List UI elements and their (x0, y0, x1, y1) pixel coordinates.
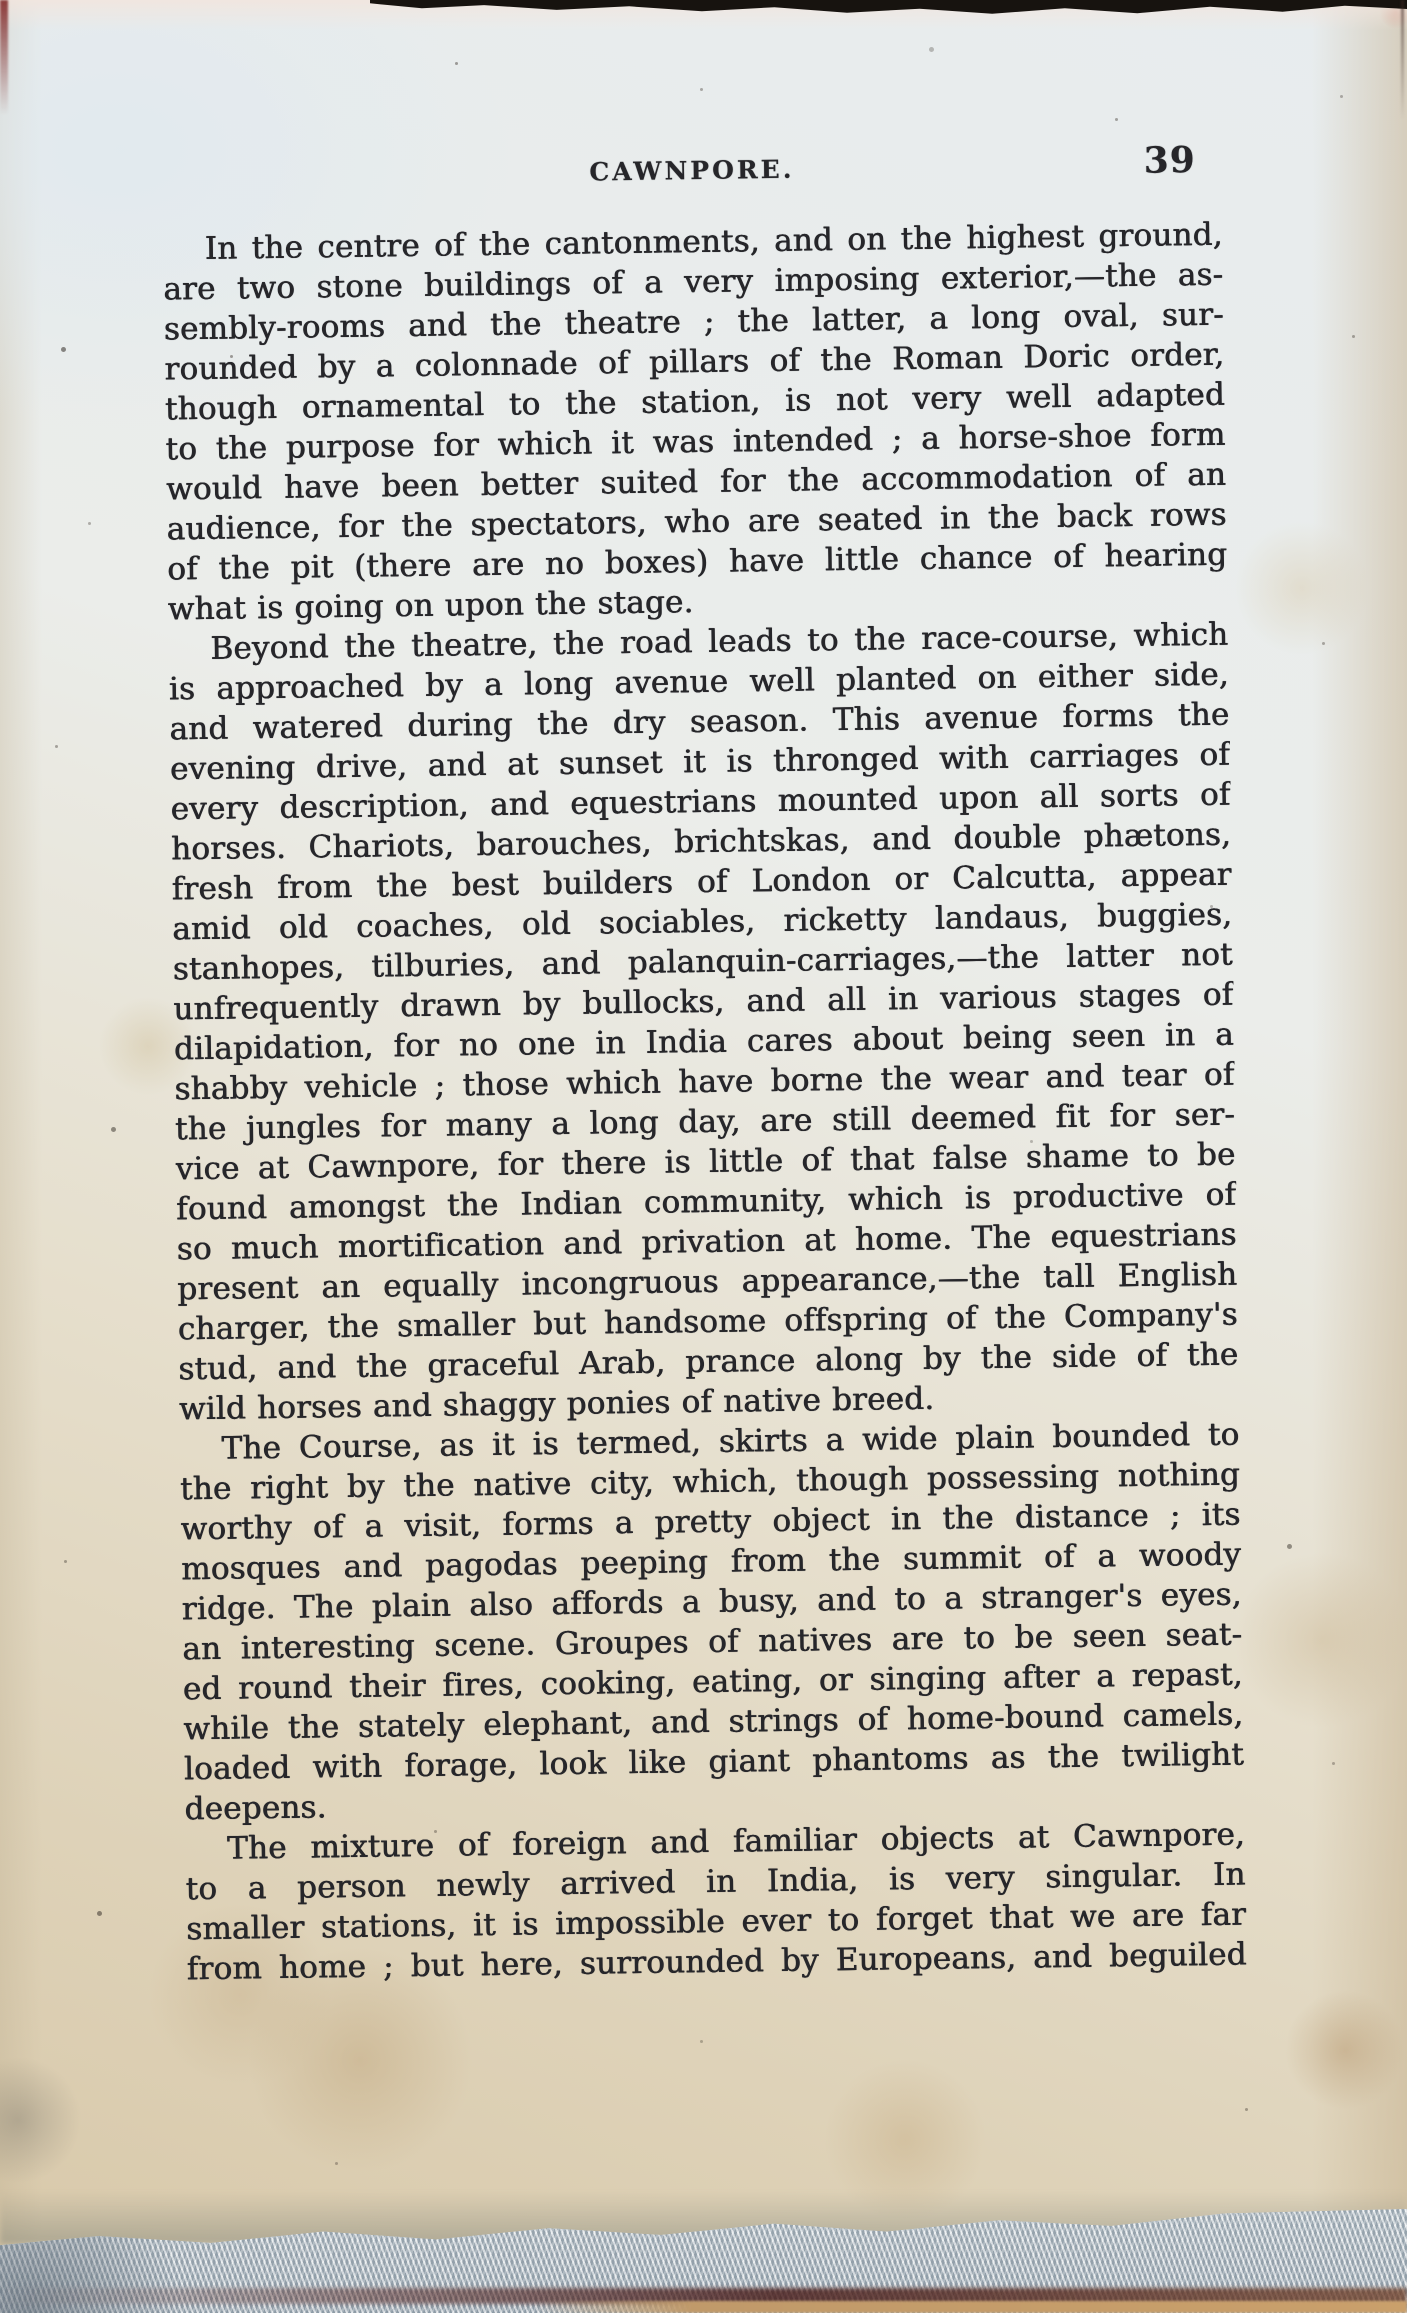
paragraph: The mixture of foreign and familiar obje… (185, 1815, 1247, 1990)
page-body-text: In the centre of the cantonments, and on… (163, 215, 1247, 1990)
running-header-title: CAWNPORE. (162, 151, 1222, 192)
scan-right-edge-mark (1401, 0, 1404, 120)
paragraph: The Course, as it is termed, skirts a wi… (179, 1415, 1244, 1830)
paragraph: Beyond the theatre, the road leads to th… (168, 615, 1239, 1430)
running-header: CAWNPORE. 39 (162, 151, 1222, 200)
page-number: 39 (1143, 141, 1196, 180)
bottom-tan-edge (535, 2301, 1407, 2313)
page-content: CAWNPORE. 39 In the centre of the canton… (160, 0, 1252, 2313)
book-page-scan: CAWNPORE. 39 In the centre of the canton… (0, 0, 1407, 2313)
paragraph: In the centre of the cantonments, and on… (163, 215, 1228, 630)
scan-left-edge-mark (0, 0, 8, 115)
